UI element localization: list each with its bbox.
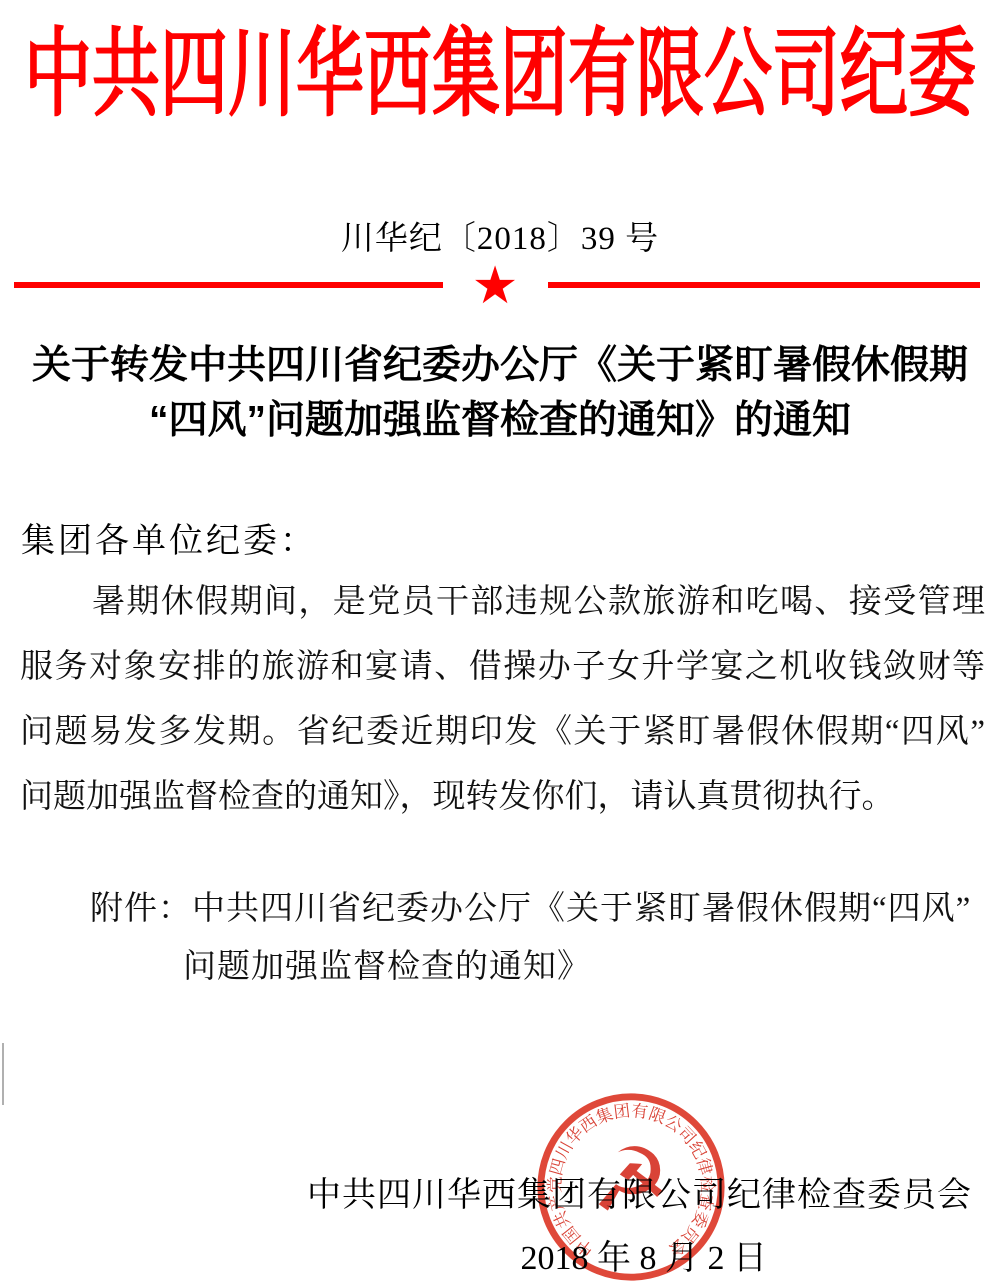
seal-graphic: 中国共产党四川华西集团有限公司纪律检查委员会 ☭: [533, 1089, 729, 1284]
scan-artifact-line: [2, 1043, 4, 1105]
document-number: 川华纪〔2018〕39 号: [0, 220, 1000, 258]
body-line: 问题加强监督检查的通知》，现转发你们，请认真贯彻执行。: [20, 765, 985, 830]
body-line: 服务对象安排的旅游和宴请、借操办子女升学宴之机收钱敛财等: [20, 635, 985, 700]
star-icon: ★: [469, 261, 521, 313]
body-paragraph: 暑期休假期间，是党员干部违规公款旅游和吃喝、接受管理 服务对象安排的旅游和宴请、…: [20, 570, 985, 830]
red-divider-right: [548, 282, 980, 288]
red-header: 中共四川华西集团有限公司纪委: [0, 26, 1000, 94]
body-line: 暑期休假期间，是党员干部违规公款旅游和吃喝、接受管理: [20, 570, 985, 635]
attachment-line: 附件：中共四川省纪委办公厅《关于紧盯暑假休假期“四风”: [20, 880, 985, 938]
official-document-page: 中共四川华西集团有限公司纪委 川华纪〔2018〕39 号 ★ 关于转发中共四川省…: [0, 0, 1000, 1284]
official-seal: 中国共产党四川华西集团有限公司纪律检查委员会 ☭: [533, 1089, 729, 1284]
issuing-org-title: 中共四川华西集团有限公司纪委: [24, 26, 976, 123]
document-title-line2: “四风”问题加强监督检查的通知》的通知: [0, 393, 1000, 448]
body-line: 问题易发多发期。省纪委近期印发《关于紧盯暑假休假期“四风”: [20, 700, 985, 765]
document-title-line1: 关于转发中共四川省纪委办公厅《关于紧盯暑假休假期: [0, 338, 1000, 393]
red-divider-left: [14, 282, 443, 288]
attachment-line: 问题加强监督检查的通知》: [20, 938, 985, 996]
signature-org: 中共四川华西集团有限公司纪律检查委员会: [0, 1175, 1000, 1217]
document-title: 关于转发中共四川省纪委办公厅《关于紧盯暑假休假期 “四风”问题加强监督检查的通知…: [0, 338, 1000, 448]
salutation: 集团各单位纪委：: [21, 519, 317, 565]
attachment-note: 附件：中共四川省纪委办公厅《关于紧盯暑假休假期“四风” 问题加强监督检查的通知》: [20, 880, 985, 996]
signature-date: 2018 年 8 月 2 日: [0, 1238, 1000, 1280]
hammer-and-sickle-icon: ☭: [591, 1129, 670, 1232]
